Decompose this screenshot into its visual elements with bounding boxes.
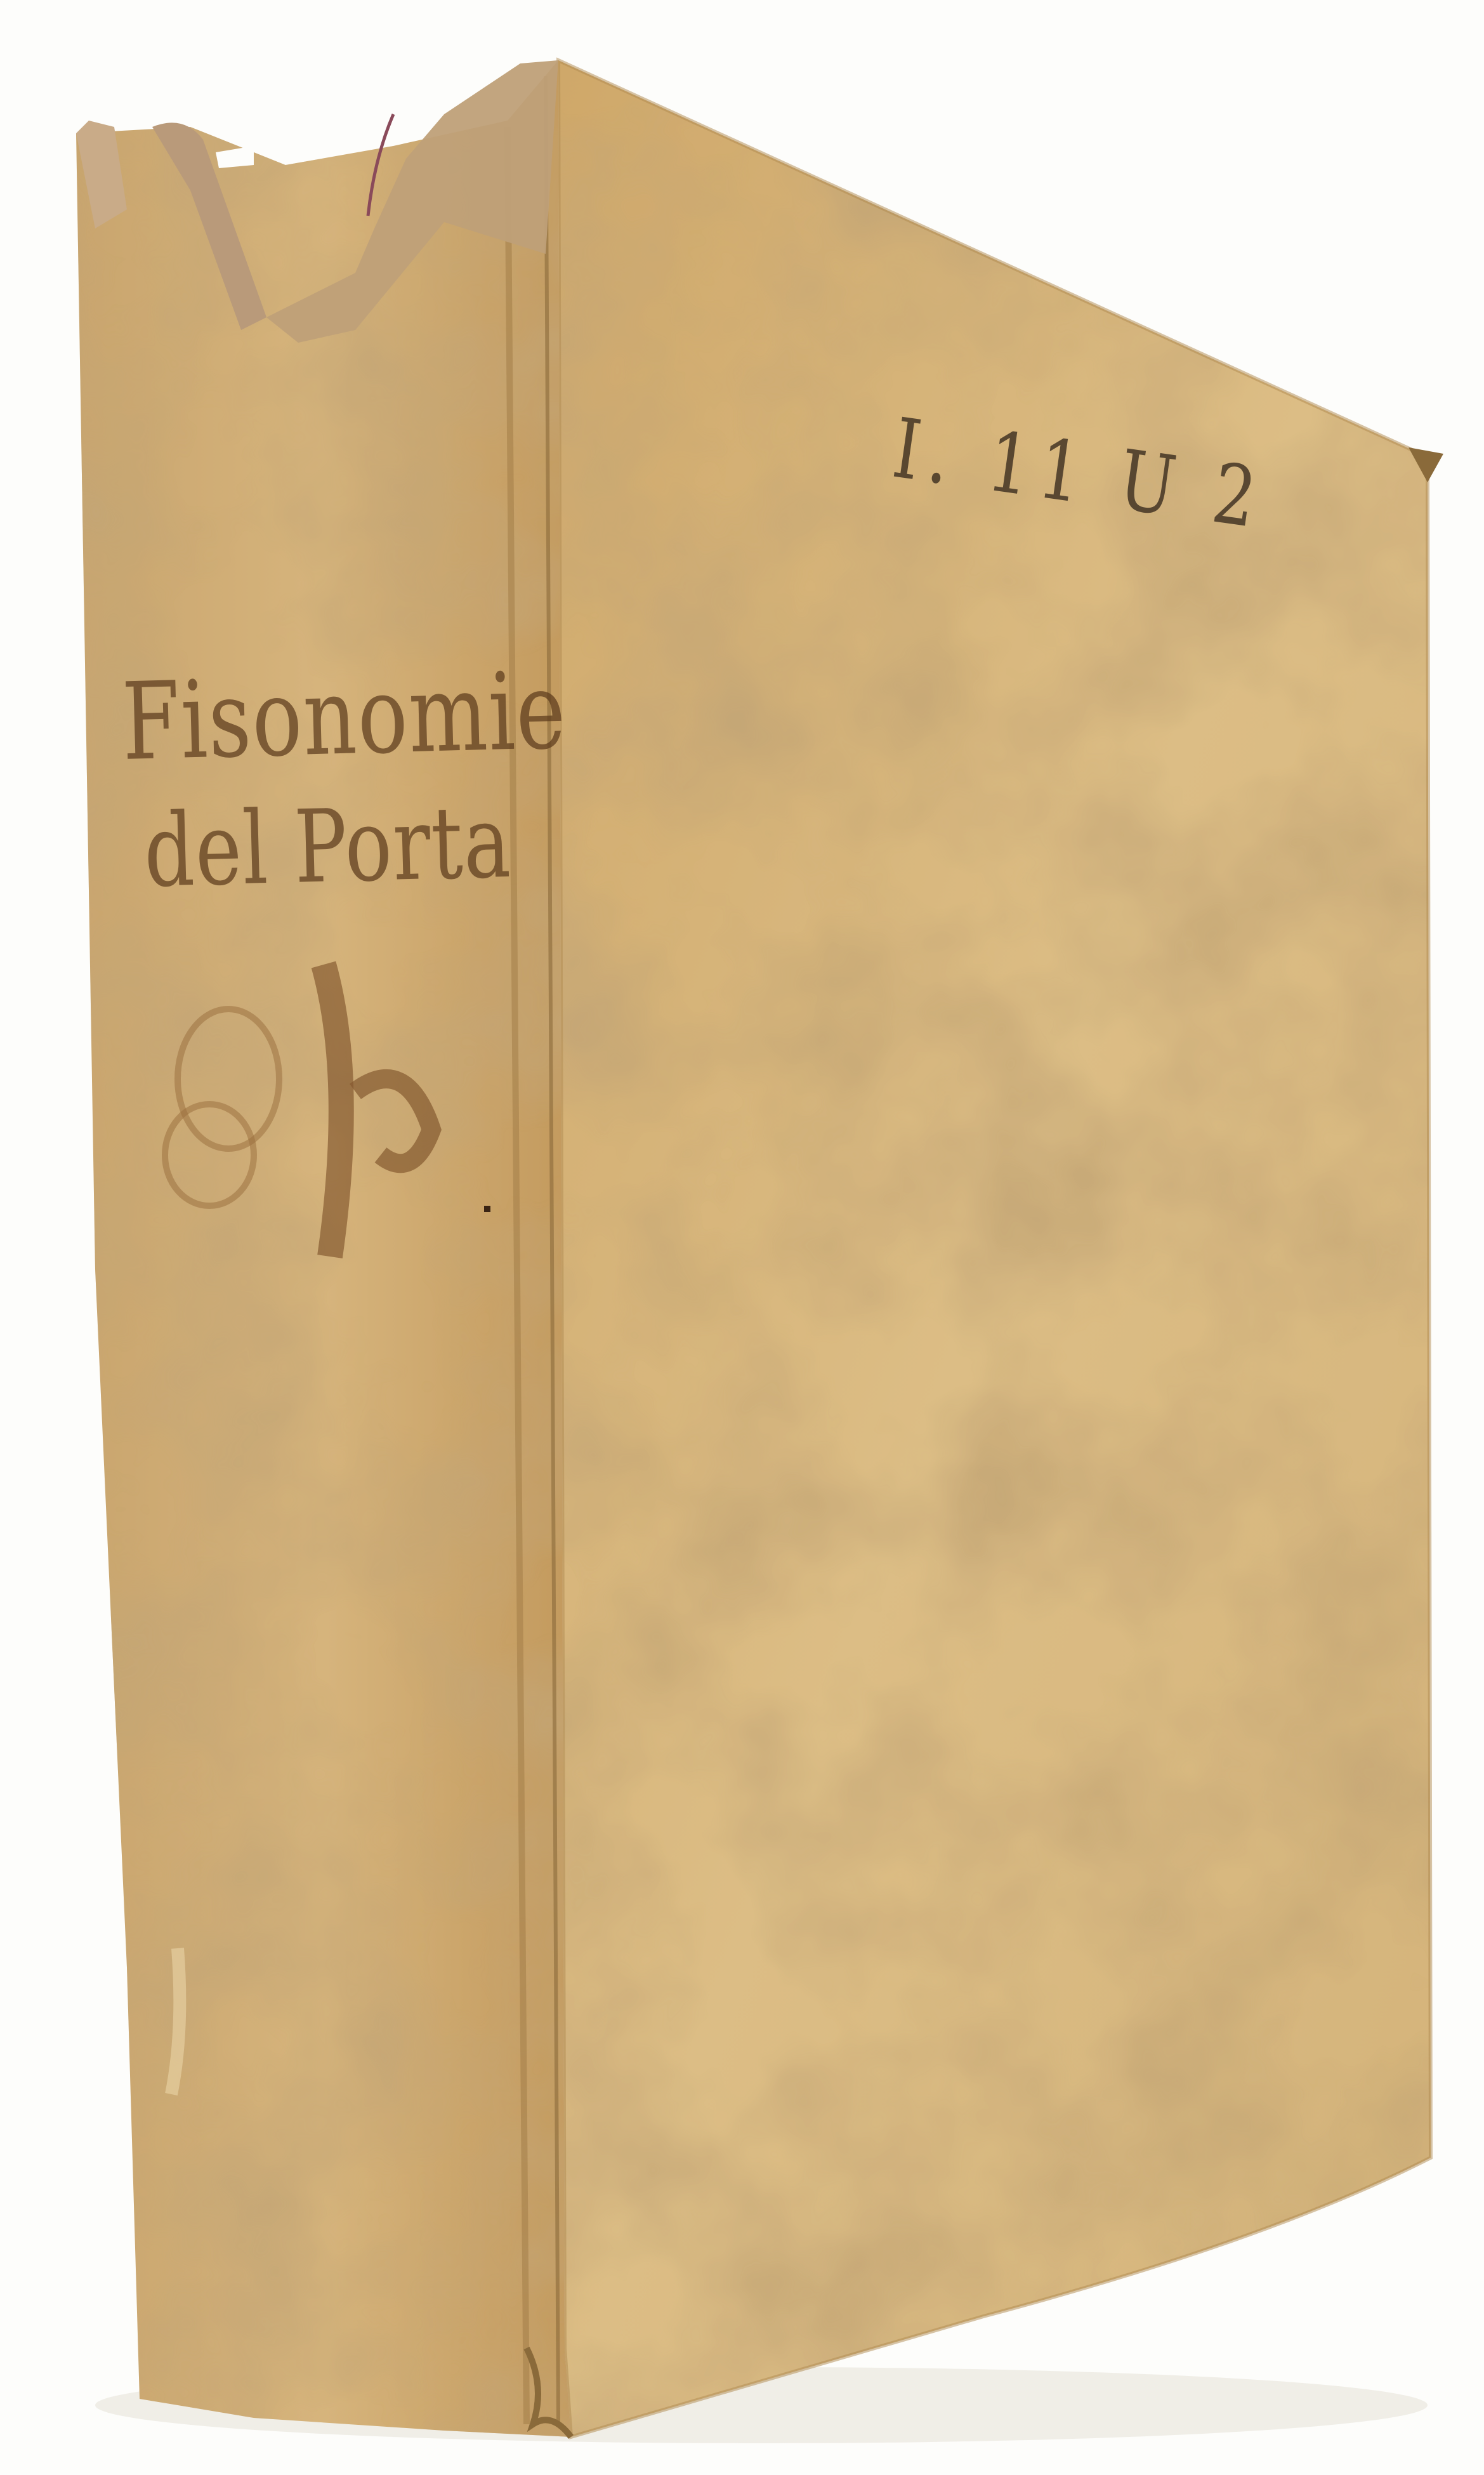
spine-title-line-2: del Porta — [143, 784, 513, 910]
vellum-book — [0, 0, 1484, 2475]
photo-scene: Fisonomie del Porta I. 11 U 2 Antique bo… — [0, 0, 1484, 2475]
spine — [76, 60, 571, 2437]
wormhole — [484, 1206, 490, 1212]
spine-title-line-1: Fisonomie — [121, 649, 568, 784]
